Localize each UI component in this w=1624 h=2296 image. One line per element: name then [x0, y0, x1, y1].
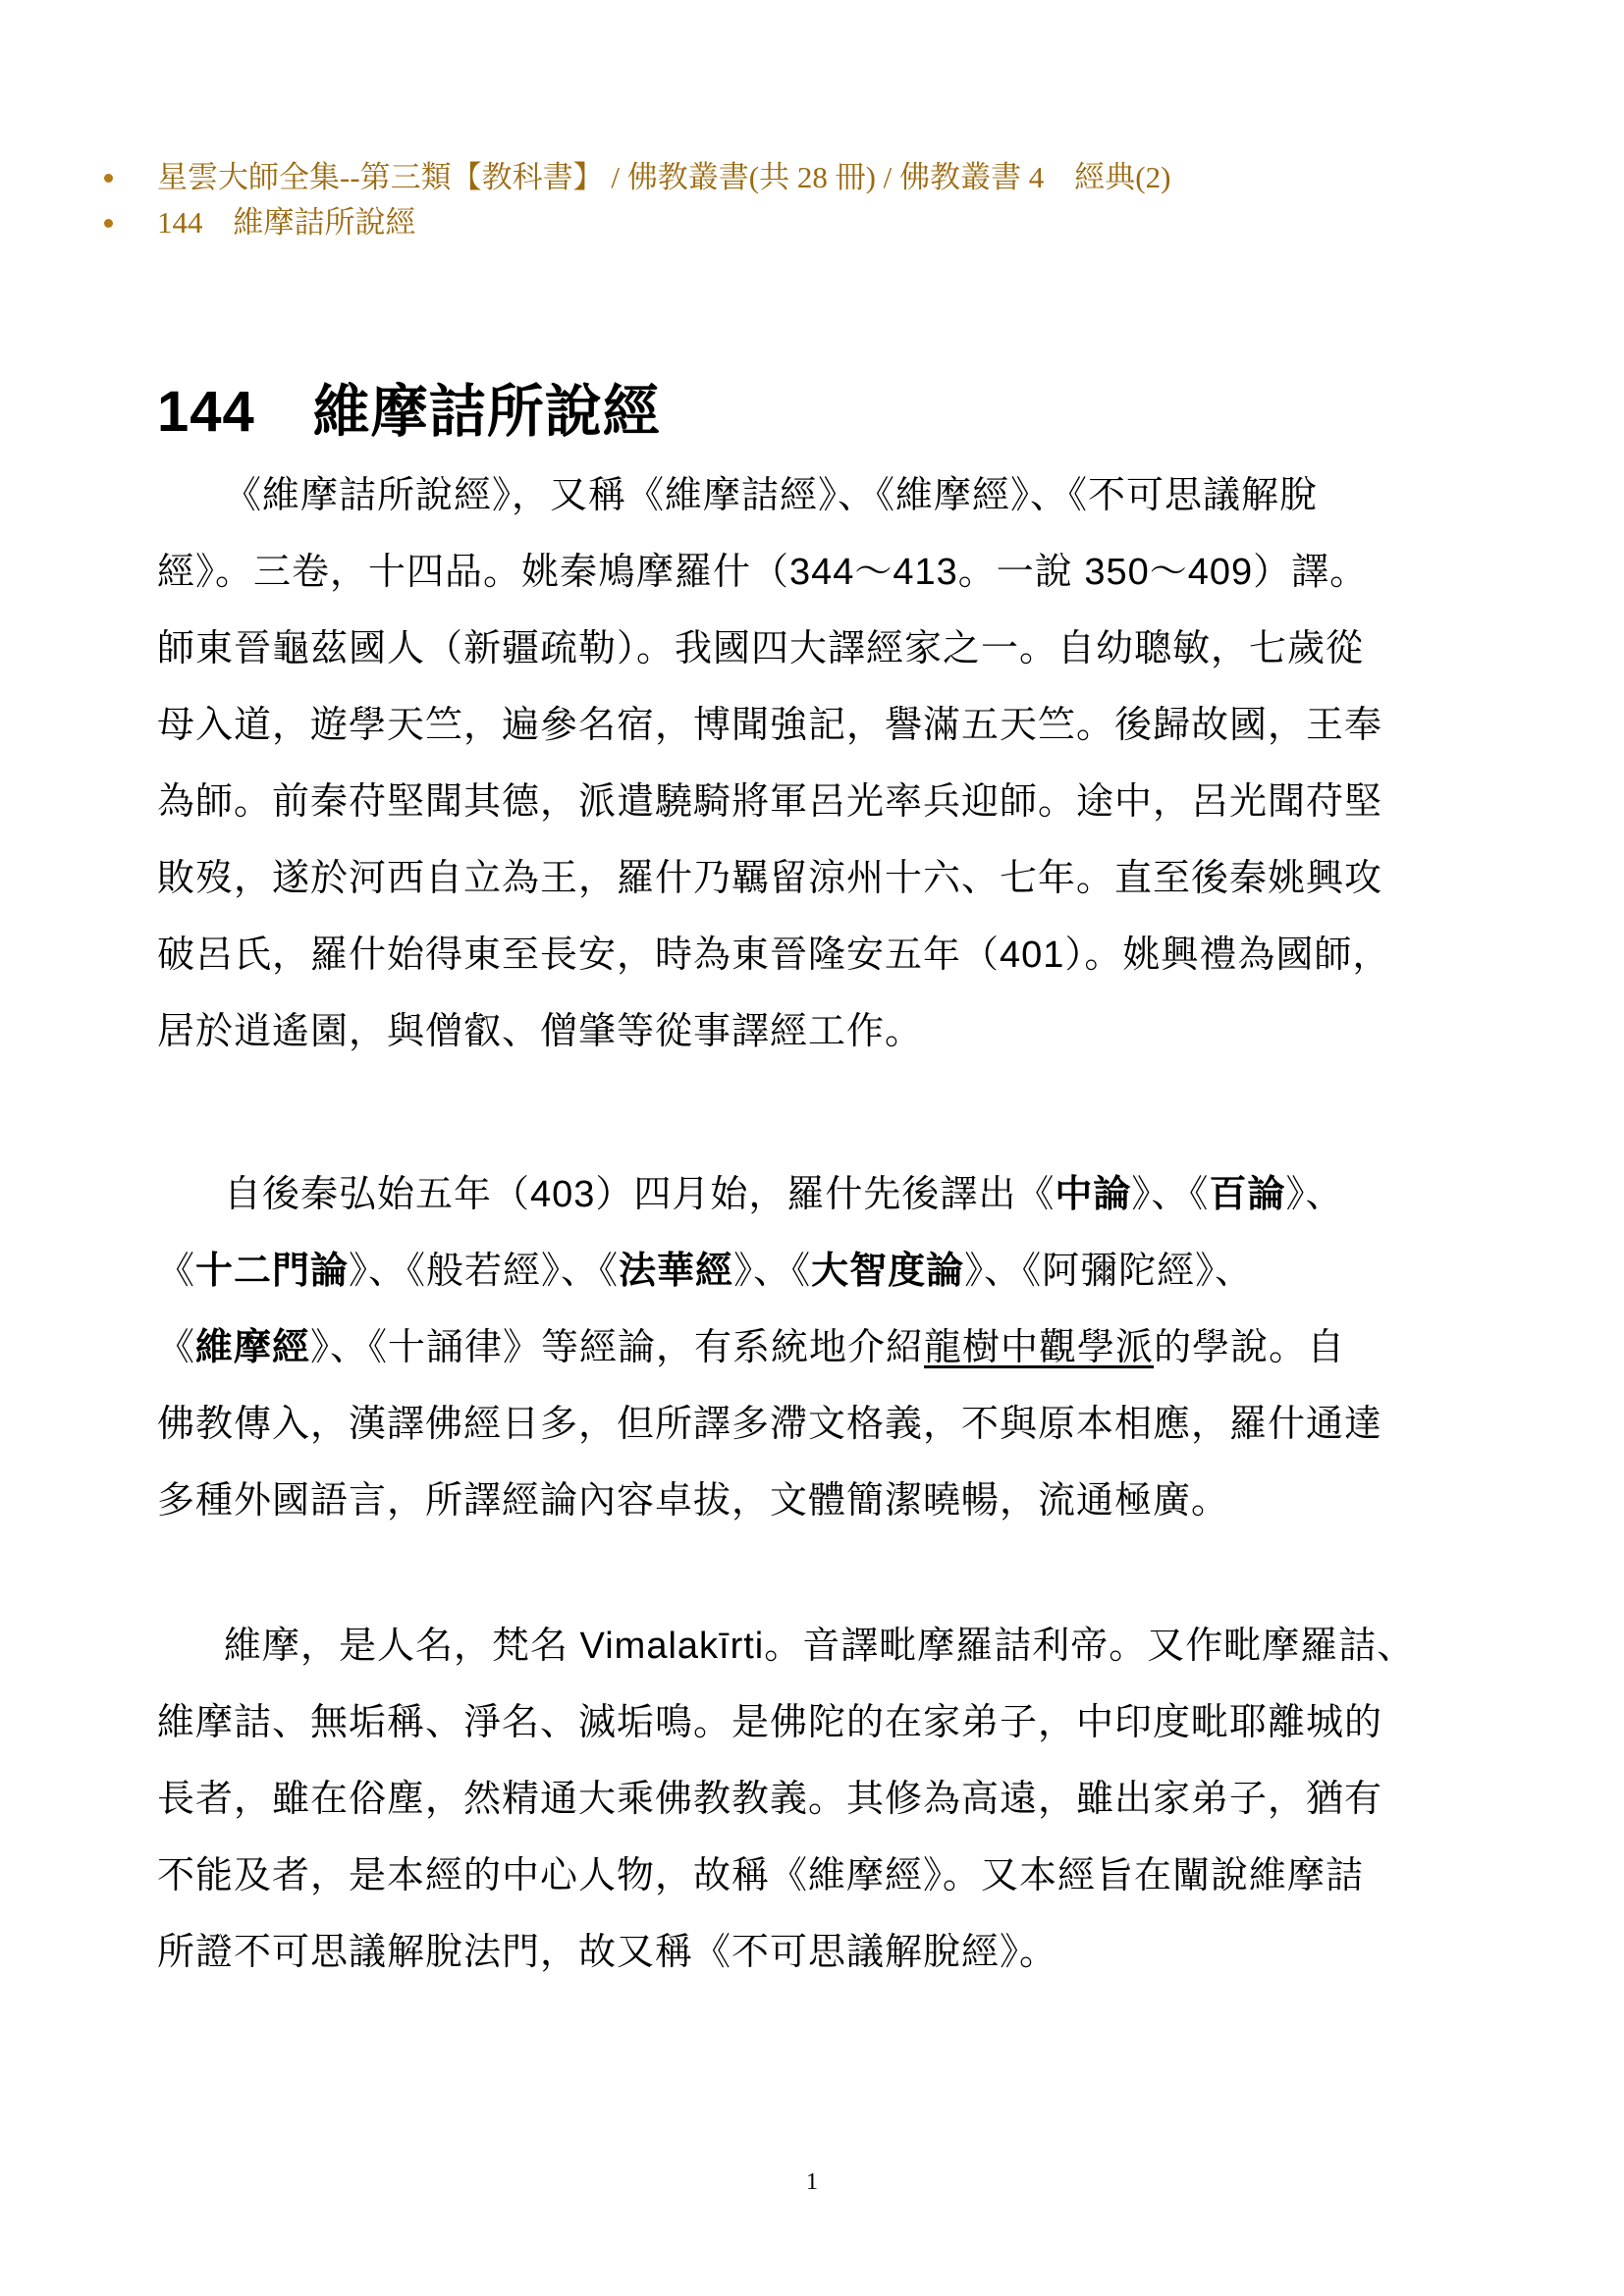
page-number: 1 [0, 2169, 1624, 2196]
text-line: 母入道，遊學天竺，遍參名宿，博聞強記，譽滿五天竺。後歸故國，王奉 [157, 687, 1483, 764]
paragraph-2: 自後秦弘始五年（403）四月始，羅什先後譯出《中論》、《百論》、 《十二門論》、… [157, 1156, 1483, 1539]
breadcrumb-link[interactable]: 星雲大師全集--第三類【教科書】 / 佛教叢書(共 28 冊) / 佛教叢書 4… [157, 160, 1170, 194]
underlined-link[interactable]: 龍樹中觀學派 [924, 1327, 1154, 1368]
text-span: 》、《 [733, 1251, 811, 1292]
breadcrumb: 星雲大師全集--第三類【教科書】 / 佛教叢書(共 28 冊) / 佛教叢書 4… [94, 155, 1170, 245]
text-line: 佛教傳入，漢譯佛經日多，但所譯多滯文格義，不與原本相應，羅什通達 [157, 1386, 1483, 1463]
text-span: 》、《十誦律》等經論，有系統地介紹 [310, 1327, 924, 1368]
text-line: 《維摩經》、《十誦律》等經論，有系統地介紹龍樹中觀學派的學說。自 [157, 1309, 1483, 1386]
text-line: 自後秦弘始五年（403）四月始，羅什先後譯出《中論》、《百論》、 [157, 1156, 1483, 1233]
text-line: 經》。三卷，十四品。姚秦鳩摩羅什（344～413。一說 350～409）譯。 [157, 534, 1483, 611]
breadcrumb-item-collection[interactable]: 星雲大師全集--第三類【教科書】 / 佛教叢書(共 28 冊) / 佛教叢書 4… [94, 155, 1170, 200]
text-span: 《 [157, 1251, 195, 1292]
paragraph-3: 維摩，是人名，梵名 Vimalakīrti。音譯毗摩羅詰利帝。又作毗摩羅詰、 維… [157, 1608, 1483, 1991]
text-line: 師東晉龜茲國人（新疆疏勒）。我國四大譯經家之一。自幼聰敏，七歲從 [157, 611, 1483, 687]
text-line: 為師。前秦苻堅聞其德，派遣驍騎將軍呂光率兵迎師。途中，呂光聞苻堅 [157, 764, 1483, 840]
text-span: 》、《 [1131, 1174, 1209, 1215]
text-line: 維摩詰、無垢稱、淨名、滅垢鳴。是佛陀的在家弟子，中印度毗耶離城的 [157, 1684, 1483, 1761]
text-span: 》、 [1285, 1174, 1343, 1215]
bold-title: 百論 [1209, 1174, 1285, 1215]
bullet-icon [104, 219, 113, 228]
text-span: 》、《般若經》、《 [349, 1251, 619, 1292]
text-line: 多種外國語言，所譯經論內容卓拔，文體簡潔曉暢，流通極廣。 [157, 1463, 1483, 1539]
text-span: 《 [157, 1327, 195, 1368]
text-line: 《維摩詰所說經》，又稱《維摩詰經》、《維摩經》、《不可思議解脫 [157, 457, 1483, 534]
text-span: 》、《阿彌陀經》、 [964, 1251, 1253, 1292]
text-line: 不能及者，是本經的中心人物，故稱《維摩經》。又本經旨在闡說維摩詰 [157, 1838, 1483, 1914]
text-line: 長者，雖在俗塵，然精通大乘佛教教義。其修為高遠，雖出家弟子，猶有 [157, 1761, 1483, 1838]
bold-title: 十二門論 [195, 1251, 349, 1292]
paragraph-1: 《維摩詰所說經》，又稱《維摩詰經》、《維摩經》、《不可思議解脫 經》。三卷，十四… [157, 457, 1483, 1070]
text-line: 維摩，是人名，梵名 Vimalakīrti。音譯毗摩羅詰利帝。又作毗摩羅詰、 [157, 1608, 1483, 1684]
page-title: 144 維摩詰所說經 [157, 365, 661, 448]
breadcrumb-item-current[interactable]: 144 維摩詰所說經 [94, 200, 1170, 245]
text-span: 的學說。自 [1154, 1327, 1345, 1368]
bold-title: 大智度論 [811, 1251, 964, 1292]
text-line: 破呂氏，羅什始得東至長安，時為東晉隆安五年（401）。姚興禮為國師， [157, 917, 1483, 993]
text-line: 所證不可思議解脫法門，故又稱《不可思議解脫經》。 [157, 1914, 1483, 1991]
bullet-icon [104, 174, 113, 183]
text-line: 敗歿，遂於河西自立為王，羅什乃羈留涼州十六、七年。直至後秦姚興攻 [157, 840, 1483, 917]
text-span: 自後秦弘始五年（403）四月始，羅什先後譯出《 [224, 1174, 1055, 1215]
bold-title: 中論 [1055, 1174, 1131, 1215]
text-line: 居於逍遙園，與僧叡、僧肇等從事譯經工作。 [157, 993, 1483, 1070]
bold-title: 法華經 [619, 1251, 733, 1292]
text-line: 《十二門論》、《般若經》、《法華經》、《大智度論》、《阿彌陀經》、 [157, 1233, 1483, 1309]
breadcrumb-link[interactable]: 144 維摩詰所說經 [157, 205, 416, 240]
bold-title: 維摩經 [195, 1327, 310, 1368]
